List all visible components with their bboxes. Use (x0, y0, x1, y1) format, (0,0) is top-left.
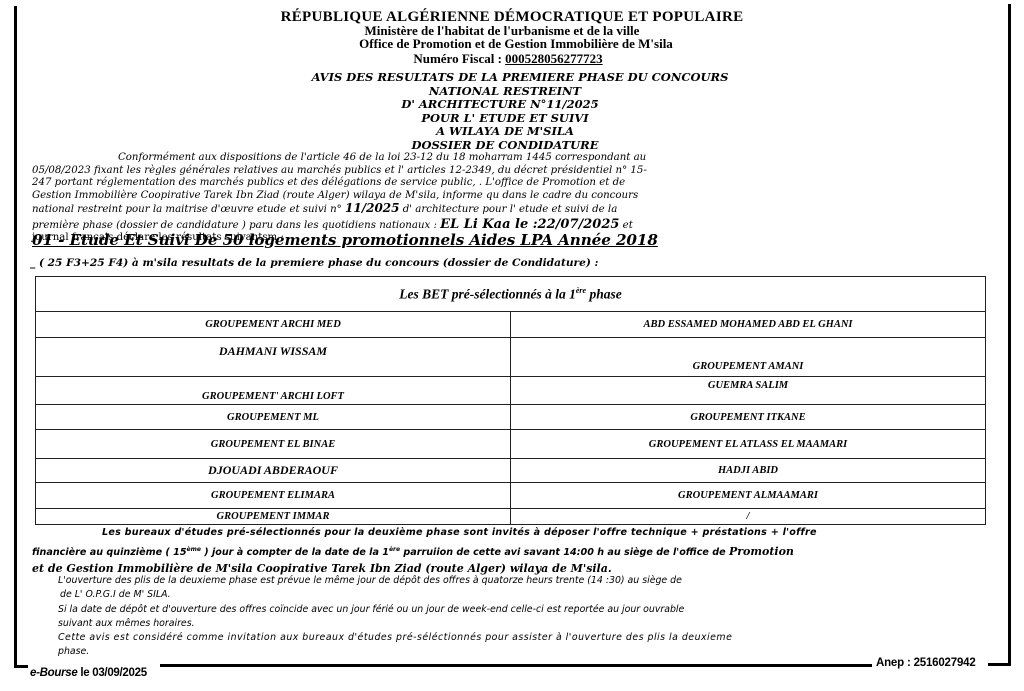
fiscal-number: Numéro Fiscal : 000528056277723 (0, 51, 1020, 67)
page-frame-bottom (988, 663, 1011, 666)
source-footer: e-Bourse le 03/09/2025 (30, 667, 147, 679)
table-cell: GUEMRA SALIM (511, 377, 986, 405)
notice-title-line: POUR L' ETUDE ET SUIVI (0, 112, 1024, 126)
intro-line: 247 portant réglementation des marchés p… (32, 177, 978, 190)
note-line: L'ouverture des plis de la deuxieme phas… (58, 574, 978, 588)
ordinal-sup: ème (187, 546, 201, 553)
table-row: GROUPEMENT IMMAR / (36, 509, 986, 525)
intro-text: et (619, 220, 632, 231)
intro-line: national restreint pour la maitrise d'œu… (32, 202, 978, 217)
notice-title: AVIS DES RESULTATS DE LA PREMIERE PHASE … (8, 71, 1024, 152)
page-frame-bottom (160, 664, 872, 667)
table-row: DAHMANI WISSAM GROUPEMENT AMANI (36, 338, 986, 377)
second-phase-line: Les bureaux d'études pré-sélectionnés po… (32, 525, 978, 542)
second-phase-text: Promotion (729, 545, 794, 558)
table-cell: GROUPEMENT ARCHI MED (36, 312, 511, 338)
note-line: phase. (58, 645, 978, 659)
intro-text: d' architecture pour l' etude et suivi d… (400, 204, 618, 215)
ordinal-sup: ère (389, 546, 400, 553)
second-phase-text: financière au quinzième ( 15 (32, 547, 187, 558)
note-line: de L' O.P.G.I de M' SILA. (60, 588, 978, 602)
project-title: 01 - Etude Et Suivi De 50 logements prom… (32, 231, 658, 249)
table-row: GROUPEMENT' ARCHI LOFT GUEMRA SALIM (36, 377, 986, 405)
fiscal-value: 000528056277723 (505, 51, 603, 66)
note-line: Si la date de dépôt et d'ouverture des o… (58, 603, 978, 617)
office-heading: Office de Promotion et de Gestion Immobi… (4, 36, 1024, 52)
notice-title-line: A WILAYA DE M'SILA (0, 125, 1024, 139)
table-header-sup: ère (576, 286, 586, 295)
intro-text: national restreint pour la maitrise d'œu… (32, 204, 345, 215)
intro-line: Gestion Immobilière Coopirative Tarek Ib… (32, 190, 978, 203)
second-phase-line: financière au quinzième ( 15ème ) jour à… (32, 542, 978, 562)
table-row: DJOUADI ABDERAOUF HADJI ABID (36, 459, 986, 483)
intro-line: Conformément aux dispositions de l'artic… (32, 152, 978, 165)
notice-title-line: AVIS DES RESULTATS DE LA PREMIERE PHASE … (8, 71, 1024, 85)
second-phase-paragraph: Les bureaux d'études pré-sélectionnés po… (32, 525, 978, 578)
second-phase-text: parruiion de cette avi savant 14:00 h au… (400, 547, 729, 558)
table-header: Les BET pré-sélectionnés à la 1ère phase (36, 277, 986, 312)
second-phase-text: ) jour à compter de la date de la 1 (201, 547, 389, 558)
table-cell: GROUPEMENT ALMAAMARI (511, 483, 986, 509)
contest-number: 11/2025 (345, 201, 399, 215)
second-phase-notes: L'ouverture des plis de la deuxieme phas… (58, 574, 978, 660)
source-name: e-Bourse (30, 667, 77, 679)
table-row: GROUPEMENT ML GROUPEMENT ITKANE (36, 405, 986, 430)
newspaper-date: EL Li Kaa le :22/07/2025 (440, 217, 619, 232)
table-cell: GROUPEMENT AMANI (511, 338, 986, 377)
notice-title-line: NATIONAL RESTREINT (0, 85, 1024, 99)
table-cell: ABD ESSAMED MOHAMED ABD EL GHANI (511, 312, 986, 338)
page-frame-bottom (14, 665, 28, 668)
source-date: le 03/09/2025 (77, 667, 146, 679)
table-cell: HADJI ABID (511, 459, 986, 483)
table-cell: DAHMANI WISSAM (36, 338, 511, 377)
table-cell: GROUPEMENT' ARCHI LOFT (36, 377, 511, 405)
preselected-bet-table: Les BET pré-sélectionnés à la 1ère phase… (35, 276, 986, 525)
table-row: GROUPEMENT ARCHI MED ABD ESSAMED MOHAMED… (36, 312, 986, 338)
table-cell: DJOUADI ABDERAOUF (36, 459, 511, 483)
table-header-row: Les BET pré-sélectionnés à la 1ère phase (36, 277, 986, 312)
note-line: suivant aux mêmes horaires. (58, 617, 978, 631)
table-cell: GROUPEMENT IMMAR (36, 509, 511, 525)
anep-reference: Anep : 2516027942 (876, 657, 976, 669)
table-row: GROUPEMENT EL BINAE GROUPEMENT EL ATLASS… (36, 430, 986, 459)
fiscal-label: Numéro Fiscal : (413, 51, 505, 66)
table-header-text: phase (586, 286, 622, 301)
table-cell: GROUPEMENT EL BINAE (36, 430, 511, 459)
notice-title-line: DOSSIER DE CONDIDATURE (0, 139, 1024, 153)
table-cell: GROUPEMENT EL ATLASS EL MAAMARI (511, 430, 986, 459)
table-header-text: Les BET pré-sélectionnés à la 1 (399, 286, 576, 301)
table-cell: GROUPEMENT ITKANE (511, 405, 986, 430)
project-subtitle: _ ( 25 F3+25 F4) à m'sila resultats de l… (30, 257, 598, 269)
table-cell: / (511, 509, 986, 525)
intro-line: 05/08/2023 fixant les règles générales r… (32, 165, 978, 178)
note-line: Cette avis est considéré comme invitatio… (58, 631, 978, 645)
notice-title-line: D' ARCHITECTURE N°11/2025 (0, 98, 1024, 112)
table-cell: GROUPEMENT ML (36, 405, 511, 430)
table-row: GROUPEMENT ELIMARA GROUPEMENT ALMAAMARI (36, 483, 986, 509)
table-cell: GROUPEMENT ELIMARA (36, 483, 511, 509)
intro-text: première phase (dossier de candidature )… (32, 220, 440, 231)
